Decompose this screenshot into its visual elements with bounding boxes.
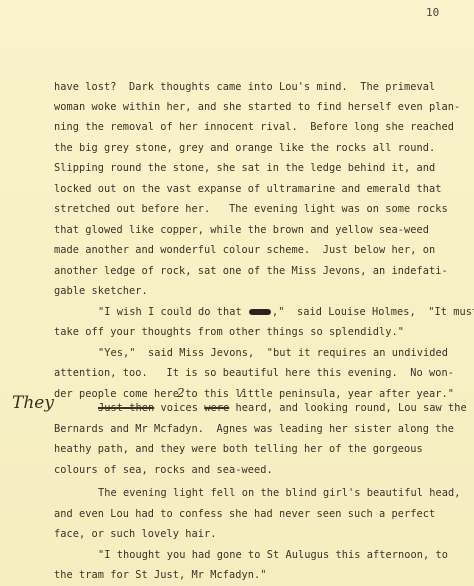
text-line: take off your thoughts from other things… — [54, 326, 404, 338]
text-line: heathy path, and they were both telling … — [54, 443, 423, 455]
text-line: colours of sea, rocks and sea-weed. — [54, 464, 273, 476]
ink-blot-redaction — [249, 309, 271, 315]
page-number: 10 — [426, 6, 439, 19]
text-line: Slipping round the stone, she sat in the… — [54, 162, 435, 174]
text-line: gable sketcher. — [54, 285, 148, 297]
text-segment: heard, and looking round, Lou saw the — [229, 402, 466, 414]
text-line: that glowed like copper, while the brown… — [54, 224, 429, 236]
text-line: woman woke within her, and she started t… — [54, 101, 460, 113]
text-line: the big grey stone, grey and orange like… — [54, 142, 435, 154]
text-line: have lost? Dark thoughts came into Lou's… — [54, 81, 435, 93]
edited-line: Just then voices were heard, and looking… — [98, 402, 467, 414]
text-line: and even Lou had to confess she had neve… — [54, 508, 435, 520]
text-line: ning the removal of her innocent rival. … — [54, 121, 454, 133]
struck-text: Just then — [98, 402, 154, 414]
text-segment: ," said Louise Holmes, "It must — [272, 306, 474, 318]
text-line: another ledge of rock, sat one of the Mi… — [54, 265, 448, 277]
text-segment: voices — [154, 402, 204, 414]
text-line: stretched out before her. The evening li… — [54, 203, 448, 215]
text-segment: "I wish I could do that — [98, 306, 248, 318]
text-line: made another and wonderful colour scheme… — [54, 244, 435, 256]
text-line: attention, too. It is so beautiful here … — [54, 367, 454, 379]
text-line: locked out on the vast expanse of ultram… — [54, 183, 441, 195]
text-line: Bernards and Mr Mcfadyn. Agnes was leadi… — [54, 423, 454, 435]
handwritten-insert-mark: / — [240, 388, 243, 399]
struck-text: were — [204, 402, 229, 414]
text-line: The evening light fell on the blind girl… — [98, 487, 460, 499]
handwritten-margin-note: They — [12, 393, 54, 413]
text-line: "Yes," said Miss Jevons, "but it require… — [98, 347, 448, 359]
text-line: face, or such lovely hair. — [54, 528, 216, 540]
typescript-page: 10 have lost? Dark thoughts came into Lo… — [0, 0, 474, 586]
text-line: the tram for St Just, Mr Mcfadyn." — [54, 569, 266, 581]
text-line: "I thought you had gone to St Aulugus th… — [98, 549, 448, 561]
handwritten-insert-mark: 2 — [177, 386, 185, 400]
dialogue-line: "I wish I could do that ," said Louise H… — [98, 306, 474, 318]
text-line: der people come here to this little peni… — [54, 388, 454, 400]
